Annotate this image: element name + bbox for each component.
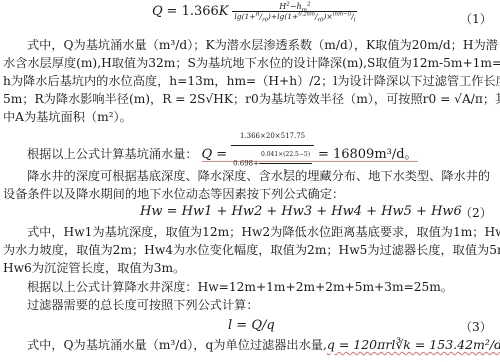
paragraph-1-line-1: 式中，Q为基坑涌水量（m³/d）；K为潜水层渗透系数（m/d），K取值为20m/… xyxy=(27,37,498,54)
calc-1-den-main: 0.698+ xyxy=(233,160,259,168)
equation-3-number: （3） xyxy=(460,318,492,335)
paragraph-1-line-3: h为降水后基坑内的水位高度，h=13m，hm=（H+h）/2；l为设计降深以下过… xyxy=(3,73,500,90)
calc-1-formula: Q = 1.366×20×517.75 0.698+0.041×(22.5−5)… xyxy=(202,147,418,162)
calc-1-prefix: 根据以上公式计算基坑涌水量： xyxy=(27,147,198,161)
calc-1-result: = 16809m³/d。 xyxy=(318,147,418,162)
paragraph-1-line-4: 5m；R为降水影响半径(m)，R = 2S√HK；r0为基坑等效半径（m），可按… xyxy=(3,91,500,108)
paragraph-5-formula: q = 120πrl∛k = 153.42m²/d, xyxy=(327,337,500,352)
paragraph-3-line-2: 为水力坡度，取值为2m；Hw4为水位变化幅度，取值为2m；Hw5为过滤器长度，取… xyxy=(3,242,500,259)
equation-3: l = Q/q xyxy=(228,318,275,333)
paragraph-5-prefix: 式中，Q为基坑涌水量（m³/d），q为单位过滤器出水量, xyxy=(27,338,327,352)
equation-2-number: （2） xyxy=(460,204,492,221)
equation-2: Hw = Hw1 + Hw2 + Hw3 + Hw4 + Hw5 + Hw6 xyxy=(140,204,462,219)
paragraph-2-line-1: 降水井的深度可根据基底深度、降水深度、含水层的埋藏分布、地下水类型、降水井的 xyxy=(27,168,490,185)
paragraph-5-line-1: 式中，Q为基坑涌水量（m³/d），q为单位过滤器出水量,q = 120πrl∛k… xyxy=(27,336,500,354)
paragraph-1-line-5: 中A为基坑面积（m²）。 xyxy=(3,109,132,126)
calc-2: 根据以上公式计算降水井深度：Hw=12m+1m+2m+2m+5m+3m=25m。 xyxy=(27,279,453,296)
paragraph-4-line-1: 过滤器需要的总长度可按照下列公式计算： xyxy=(27,297,259,314)
paragraph-2-line-2: 设备条件以及降水期间的地下水位动态等因素按下列公式确定： xyxy=(3,186,344,203)
equation-1: Q = 1.366K H2−hm2 lg(1+R/r0)+lg(1+0.2hm/… xyxy=(152,2,357,21)
paragraph-3-line-3: Hw6为沉淀管长度，取值为3m。 xyxy=(3,260,185,277)
calc-1-den-frac-num: 0.041×(22.5−5) xyxy=(259,146,312,164)
equation-1-number: （1） xyxy=(460,10,492,27)
paragraph-1-line-2: 水含水层厚度(m),H取值为32m；S为基坑地下水位的设计降深(m),S取值为1… xyxy=(3,55,500,72)
paragraph-3-line-1: 式中，Hw1为基坑深度，取值为12m；Hw2为降低水位距离基底要求，取值为1m；… xyxy=(27,224,500,241)
calc-1-numerator: 1.366×20×517.75 xyxy=(231,128,314,146)
